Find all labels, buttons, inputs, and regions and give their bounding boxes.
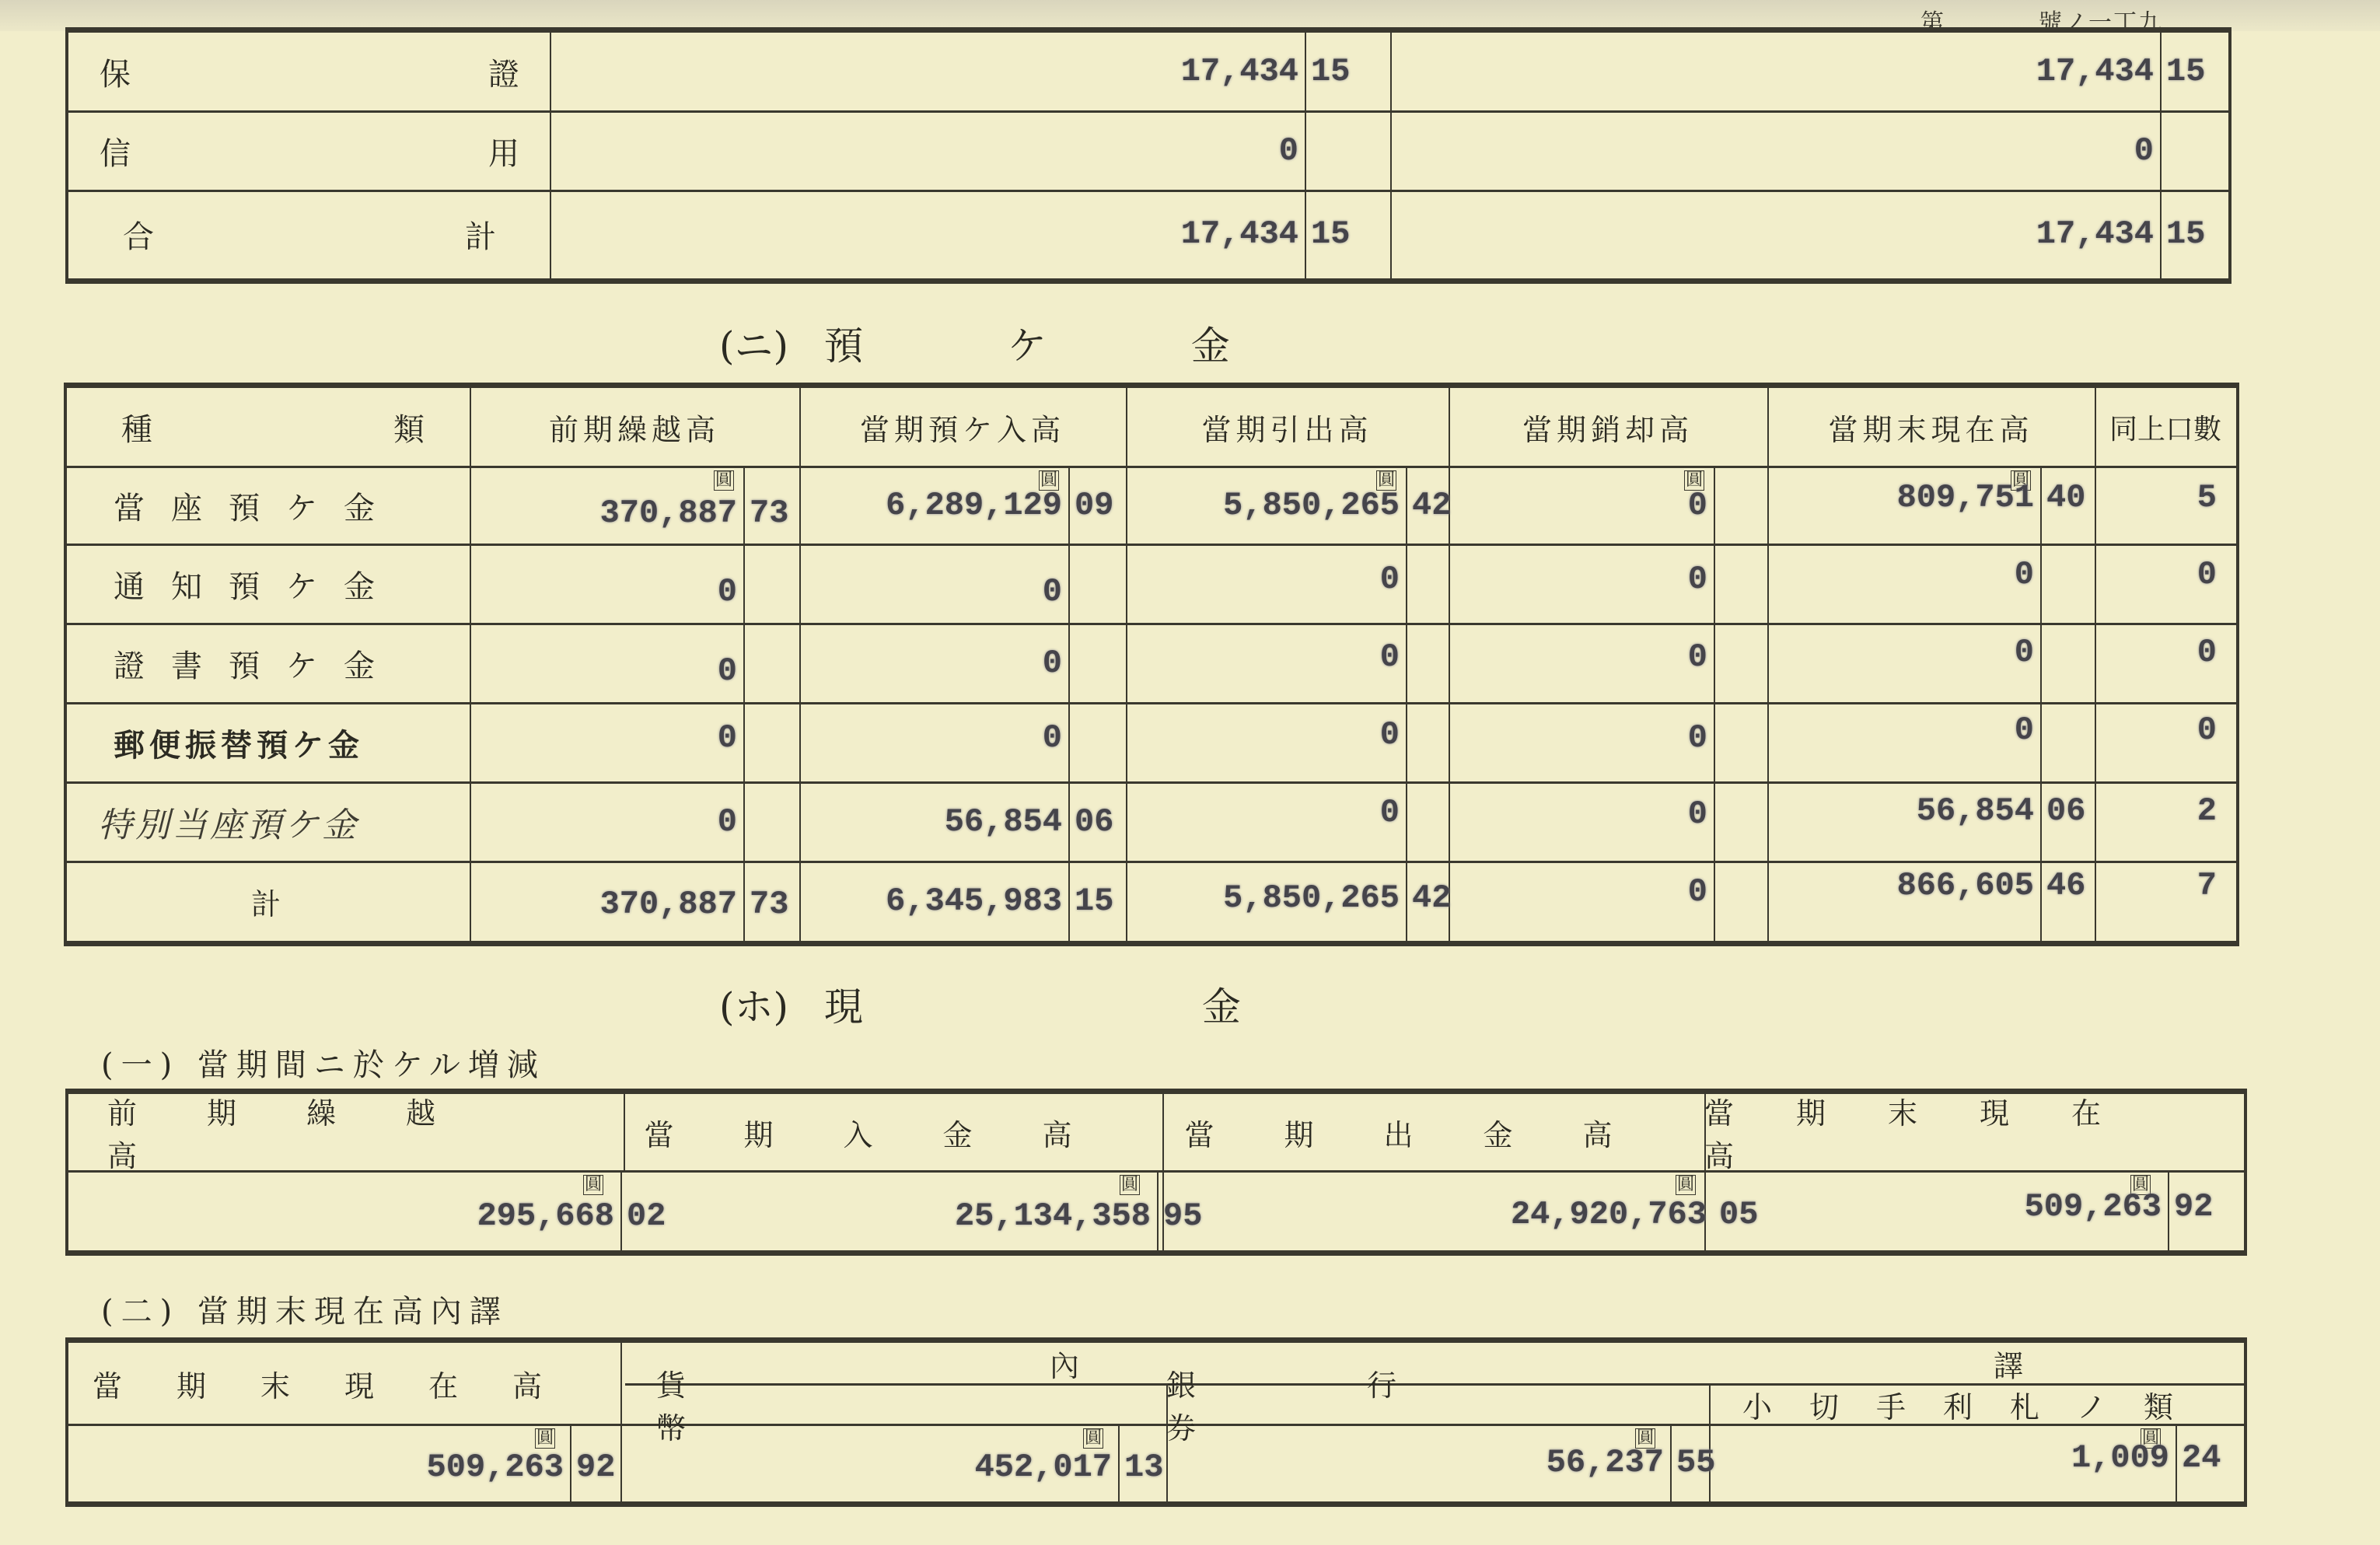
header-deposits-in: 當期預ケ入高 (799, 388, 1126, 466)
cash-breakdown-table: 當期末現在高 內 譯 貨幣 銀行券 小切手利札ノ類 圓 圓 圓 圓 509,26… (65, 1337, 2247, 1507)
cell-balance-yen: 56,854 (1767, 772, 2040, 850)
cell-writeoff-yen: 0 (1449, 467, 1714, 544)
cash-end-sen: 92 (2168, 1172, 2244, 1242)
breakdown-banknotes-sen: 55 (1670, 1428, 1709, 1497)
breakdown-checks-yen: 1,009 (1709, 1424, 2176, 1492)
cell-prev-sen: 73 (743, 865, 799, 943)
cell-count: 7 (2095, 847, 2223, 925)
cash-title-marker: (ホ) (719, 984, 788, 1029)
total-value2-yen: 17,434 (1390, 191, 2160, 277)
row-label-postal-transfer-deposit: 郵便振替預ケ金 (114, 704, 440, 781)
credit-value2-yen: 0 (1390, 112, 2160, 190)
cell-deposit-yen: 0 (799, 553, 1068, 631)
cash-end-yen: 509,263 (1704, 1172, 2168, 1242)
breakdown-coins-yen: 452,017 (625, 1433, 1118, 1501)
header-prev-balance: 前期繰越高 (470, 388, 799, 466)
breakdown-total-sen: 92 (570, 1433, 620, 1501)
cell-withdraw-yen: 0 (1126, 696, 1406, 774)
cell-deposit-yen: 6,345,983 (799, 862, 1068, 940)
breakdown-coins-sen: 13 (1118, 1433, 1166, 1501)
cell-balance-sen: 40 (2040, 460, 2095, 536)
cash-out-yen: 24,920,763 (1162, 1180, 1713, 1250)
cell-writeoff-yen: 0 (1449, 699, 1714, 777)
header-account-count: 同上口數 (2095, 388, 2236, 466)
cell-balance-yen: 866,605 (1767, 847, 2040, 925)
cell-prev-yen: 370,887 (470, 475, 743, 551)
header-coins: 貨幣 (625, 1385, 1166, 1424)
cell-deposit-sen: 15 (1068, 862, 1126, 940)
row-label-total: 計 (67, 862, 470, 940)
cell-withdraw-sen: 42 (1406, 467, 1449, 544)
cash-section2-heading: (二) 當期末現在高內譯 (101, 1287, 509, 1331)
cell-deposit-yen: 0 (799, 624, 1068, 702)
cell-balance-yen: 809,751 (1767, 460, 2040, 536)
header-checks-coupons: 小切手利札ノ類 (1709, 1385, 2244, 1424)
cell-balance-yen: 0 (1767, 536, 2040, 613)
header-cash-out: 當期出金高 (1162, 1094, 1704, 1170)
deposits-title-marker: (ニ) (719, 323, 788, 369)
cash-prev-yen: 295,668 (68, 1181, 620, 1251)
cell-count: 2 (2095, 772, 2223, 850)
cell-deposit-yen: 56,854 (799, 783, 1068, 861)
cell-prev-yen: 0 (470, 553, 743, 631)
cell-prev-yen: 0 (470, 632, 743, 710)
row-label-notice-deposit: 通知預ケ金 (114, 545, 440, 623)
cell-balance-sen: 46 (2040, 847, 2095, 925)
guarantee-table: 保證 17,434 15 17,434 15 信用 0 0 合計 17,434 … (65, 27, 2231, 284)
cell-balance-yen: 0 (1767, 691, 2040, 769)
guarantee-value1-yen: 17,434 (550, 33, 1305, 110)
cash-change-table: 前期繰越高 當期入金高 當期出金高 當期末現在高 圓 圓 圓 圓 295,668… (65, 1089, 2247, 1256)
total-value1-yen: 17,434 (550, 191, 1305, 277)
credit-value1-sen (1305, 112, 1390, 190)
header-prev-carryover: 前期繰越高 (68, 1094, 624, 1170)
cell-prev-yen: 370,887 (470, 865, 743, 943)
guarantee-value2-yen: 17,434 (1390, 33, 2160, 110)
header-end-balance: 當期末現在高 (1767, 388, 2095, 466)
cell-withdraw-yen: 5,850,265 (1126, 859, 1406, 937)
cash-in-yen: 25,134,358 (624, 1181, 1157, 1251)
cell-writeoff-yen: 0 (1449, 775, 1714, 853)
cell-writeoff-yen: 0 (1449, 540, 1714, 618)
guarantee-value1-sen: 15 (1305, 33, 1390, 110)
header-end-balance: 當期末現在高 (68, 1343, 620, 1424)
row-label-current-deposit: 當座預ケ金 (114, 467, 440, 544)
header-type: 種類 (121, 388, 425, 466)
header-cash-in: 當期入金高 (624, 1094, 1162, 1170)
header-writeoff: 當期銷却高 (1449, 388, 1767, 466)
cell-count: 0 (2095, 536, 2223, 613)
deposits-title: (ニ) 預 ケ 金 (719, 315, 1230, 371)
cell-count: 0 (2095, 691, 2223, 769)
cash-title: (ホ) 現 金 (719, 976, 1241, 1032)
header-banknotes: 銀行券 (1166, 1385, 1709, 1424)
cell-withdraw-yen: 5,850,265 (1126, 467, 1406, 544)
row-label-total: 合計 (123, 191, 496, 277)
row-label-special-current-deposit: 特別当座預ケ金 (98, 783, 456, 861)
deposits-table: 種類 前期繰越高 當期預ケ入高 當期引出高 當期銷却高 當期末現在高 同上口數 … (64, 383, 2239, 946)
breakdown-banknotes-yen: 56,237 (1166, 1428, 1670, 1497)
cell-count: 0 (2095, 613, 2223, 691)
breakdown-checks-sen: 24 (2176, 1424, 2244, 1492)
cell-deposit-yen: 6,289,129 (799, 467, 1068, 544)
total-value1-sen: 15 (1305, 191, 1390, 277)
cell-writeoff-yen: 0 (1449, 618, 1714, 696)
cell-withdraw-sen: 42 (1406, 859, 1449, 937)
row-label-certificate-deposit: 證書預ケ金 (114, 624, 440, 702)
header-end-balance: 當期末現在高 (1704, 1094, 2244, 1170)
cell-withdraw-yen: 0 (1126, 774, 1406, 851)
header-withdrawals: 當期引出高 (1126, 388, 1449, 466)
row-label-credit: 信用 (100, 112, 519, 190)
cell-deposit-yen: 0 (799, 699, 1068, 777)
credit-value2-sen (2160, 112, 2230, 190)
total-value2-sen: 15 (2160, 191, 2230, 277)
cell-balance-yen: 0 (1767, 613, 2040, 691)
cell-prev-sen: 73 (743, 475, 799, 551)
cell-withdraw-yen: 0 (1126, 618, 1406, 696)
cell-prev-yen: 0 (470, 783, 743, 861)
cell-deposit-sen: 09 (1068, 467, 1126, 544)
cell-deposit-sen: 06 (1068, 783, 1126, 861)
cell-count: 5 (2095, 460, 2223, 536)
cell-withdraw-yen: 0 (1126, 540, 1406, 618)
cell-writeoff-yen: 0 (1449, 853, 1714, 931)
guarantee-value2-sen: 15 (2160, 33, 2230, 110)
breakdown-total-yen: 509,263 (68, 1433, 570, 1501)
row-label-guarantee: 保證 (100, 33, 519, 110)
credit-value1-yen: 0 (550, 112, 1305, 190)
cell-balance-sen: 06 (2040, 772, 2095, 850)
cell-prev-yen: 0 (470, 699, 743, 777)
cash-section1-heading: (一) 當期間ニ於ケル増減 (101, 1040, 546, 1085)
